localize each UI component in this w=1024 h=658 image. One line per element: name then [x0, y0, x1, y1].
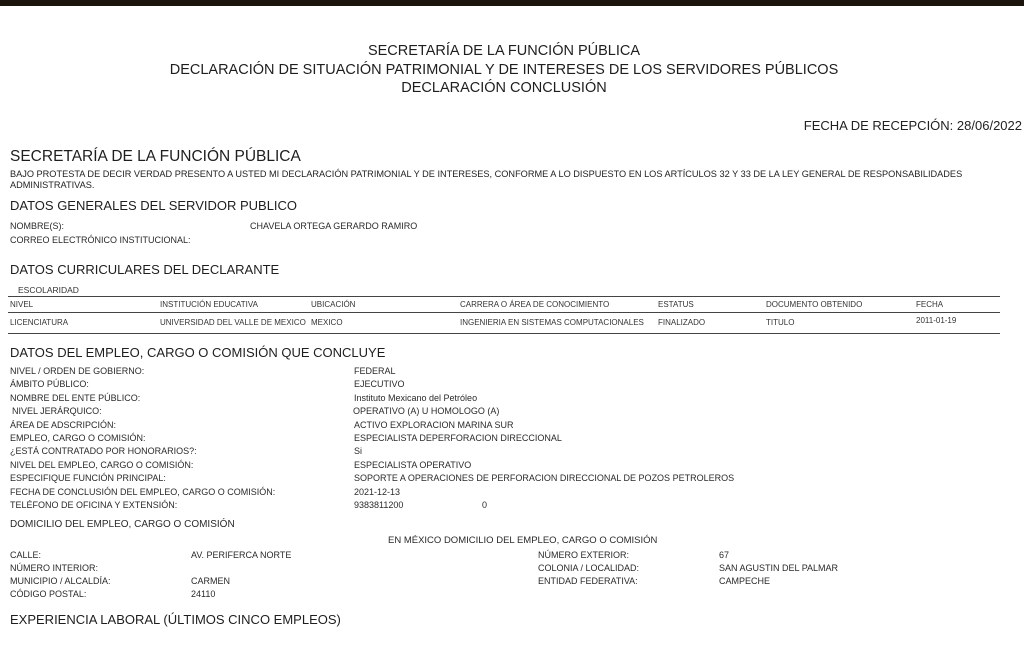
domicilio-field-value: AV. PERIFERCA NORTE — [191, 550, 291, 560]
fecha-recepcion: FECHA DE RECEPCIÓN: 28/06/2022 — [804, 118, 1022, 133]
domicilio-field-label: CALLE: — [10, 550, 41, 560]
cell-institucion: UNIVERSIDAD DEL VALLE DE MEXICO — [160, 318, 306, 327]
empleo-field-value: 9383811200 — [354, 500, 403, 510]
datos-curriculares-title: DATOS CURRICULARES DEL DECLARANTE — [10, 262, 279, 277]
datos-generales-title: DATOS GENERALES DEL SERVIDOR PUBLICO — [10, 198, 297, 213]
empleo-title: DATOS DEL EMPLEO, CARGO O COMISIÓN QUE C… — [10, 345, 385, 360]
empleo-field-label: NOMBRE DEL ENTE PÚBLICO: — [10, 393, 140, 403]
empleo-field-value: ACTIVO EXPLORACION MARINA SUR — [354, 420, 514, 430]
empleo-field-extension: 0 — [482, 500, 487, 510]
top-bar — [0, 0, 1024, 6]
empleo-field-value: FEDERAL — [354, 366, 396, 376]
domicilio-field-value: SAN AGUSTIN DEL PALMAR — [719, 563, 838, 573]
domicilio-field-label: ENTIDAD FEDERATIVA: — [538, 576, 638, 586]
cell-carrera: INGENIERIA EN SISTEMAS COMPUTACIONALES — [460, 318, 644, 327]
cell-ubicacion: MEXICO — [311, 318, 343, 327]
domicilio-field-label: CÓDIGO POSTAL: — [10, 589, 86, 599]
empleo-field-label: EMPLEO, CARGO O COMISIÓN: — [10, 433, 146, 443]
escolaridad-subtitle: ESCOLARIDAD — [18, 285, 79, 295]
empleo-field-label: TELÉFONO DE OFICINA Y EXTENSIÓN: — [10, 500, 177, 510]
empleo-field-label: ÁMBITO PÚBLICO: — [10, 379, 89, 389]
experiencia-title: EXPERIENCIA LABORAL (ÚLTIMOS CINCO EMPLE… — [10, 612, 341, 627]
col-carrera: CARRERA O ÁREA DE CONOCIMIENTO — [460, 300, 609, 309]
col-institucion: INSTITUCIÓN EDUCATIVA — [160, 300, 258, 309]
header-line-2: DECLARACIÓN DE SITUACIÓN PATRIMONIAL Y D… — [0, 62, 1008, 78]
domicilio-title: DOMICILIO DEL EMPLEO, CARGO O COMISIÓN — [10, 519, 235, 530]
domicilio-field-label: NÚMERO EXTERIOR: — [538, 550, 629, 560]
cell-documento: TITULO — [766, 318, 794, 327]
domicilio-field-value: CAMPECHE — [719, 576, 770, 586]
cell-fecha: 2011-01-19 — [916, 316, 956, 325]
intro-paragraph: BAJO PROTESTA DE DECIR VERDAD PRESENTO A… — [10, 169, 1010, 191]
cell-estatus: FINALIZADO — [658, 318, 705, 327]
empleo-field-value: Instituto Mexicano del Petróleo — [354, 393, 477, 403]
col-nivel: NIVEL — [10, 300, 33, 309]
empleo-field-label: ESPECIFIQUE FUNCIÓN PRINCIPAL: — [10, 473, 166, 483]
empleo-field-value: OPERATIVO (A) U HOMOLOGO (A) — [353, 406, 499, 416]
empleo-field-value: ESPECIALISTA DEPERFORACION DIRECCIONAL — [354, 433, 562, 443]
domicilio-field-label: COLONIA / LOCALIDAD: — [538, 563, 639, 573]
empleo-field-value: SOPORTE A OPERACIONES DE PERFORACION DIR… — [354, 473, 734, 483]
empleo-field-label: ¿ESTÁ CONTRATADO POR HONORARIOS?: — [10, 446, 197, 456]
table-header-rule — [8, 312, 1000, 313]
domicilio-field-label: MUNICIPIO / ALCALDÍA: — [10, 576, 111, 586]
col-ubicacion: UBICACIÓN — [311, 300, 355, 309]
domicilio-subtitle: EN MÉXICO DOMICILIO DEL EMPLEO, CARGO O … — [388, 535, 657, 546]
nombre-label: NOMBRE(S): — [10, 221, 64, 231]
empleo-field-label: NIVEL DEL EMPLEO, CARGO O COMISIÓN: — [10, 460, 193, 470]
empleo-field-label: FECHA DE CONCLUSIÓN DEL EMPLEO, CARGO O … — [10, 487, 275, 497]
col-fecha: FECHA — [916, 300, 943, 309]
header-line-3: DECLARACIÓN CONCLUSIÓN — [0, 80, 1008, 96]
fecha-recepcion-label: FECHA DE RECEPCIÓN: — [804, 118, 954, 133]
header-line-1: SECRETARÍA DE LA FUNCIÓN PÚBLICA — [0, 43, 1008, 59]
empleo-field-label: ÁREA DE ADSCRIPCIÓN: — [10, 420, 116, 430]
fecha-recepcion-value: 28/06/2022 — [957, 118, 1022, 133]
domicilio-field-value: 24110 — [191, 589, 215, 599]
empleo-field-label: NIVEL JERÁRQUICO: — [12, 406, 102, 416]
table-bottom-rule — [8, 333, 1000, 334]
empleo-field-value: ESPECIALISTA OPERATIVO — [354, 460, 471, 470]
empleo-field-value: Si — [354, 446, 362, 456]
domicilio-field-label: NÚMERO INTERIOR: — [10, 563, 98, 573]
nombre-value: CHAVELA ORTEGA GERARDO RAMIRO — [250, 221, 417, 231]
empleo-field-value: 2021-12-13 — [354, 487, 400, 497]
correo-label: CORREO ELECTRÓNICO INSTITUCIONAL: — [10, 235, 191, 245]
empleo-field-value: EJECUTIVO — [354, 379, 405, 389]
intro-title: SECRETARÍA DE LA FUNCIÓN PÚBLICA — [10, 148, 301, 166]
col-estatus: ESTATUS — [658, 300, 694, 309]
col-documento: DOCUMENTO OBTENIDO — [766, 300, 862, 309]
domicilio-field-value: CARMEN — [191, 576, 230, 586]
empleo-field-label: NIVEL / ORDEN DE GOBIERNO: — [10, 366, 144, 376]
domicilio-field-value: 67 — [719, 550, 729, 560]
cell-nivel: LICENCIATURA — [10, 318, 68, 327]
table-top-rule — [8, 296, 1000, 297]
